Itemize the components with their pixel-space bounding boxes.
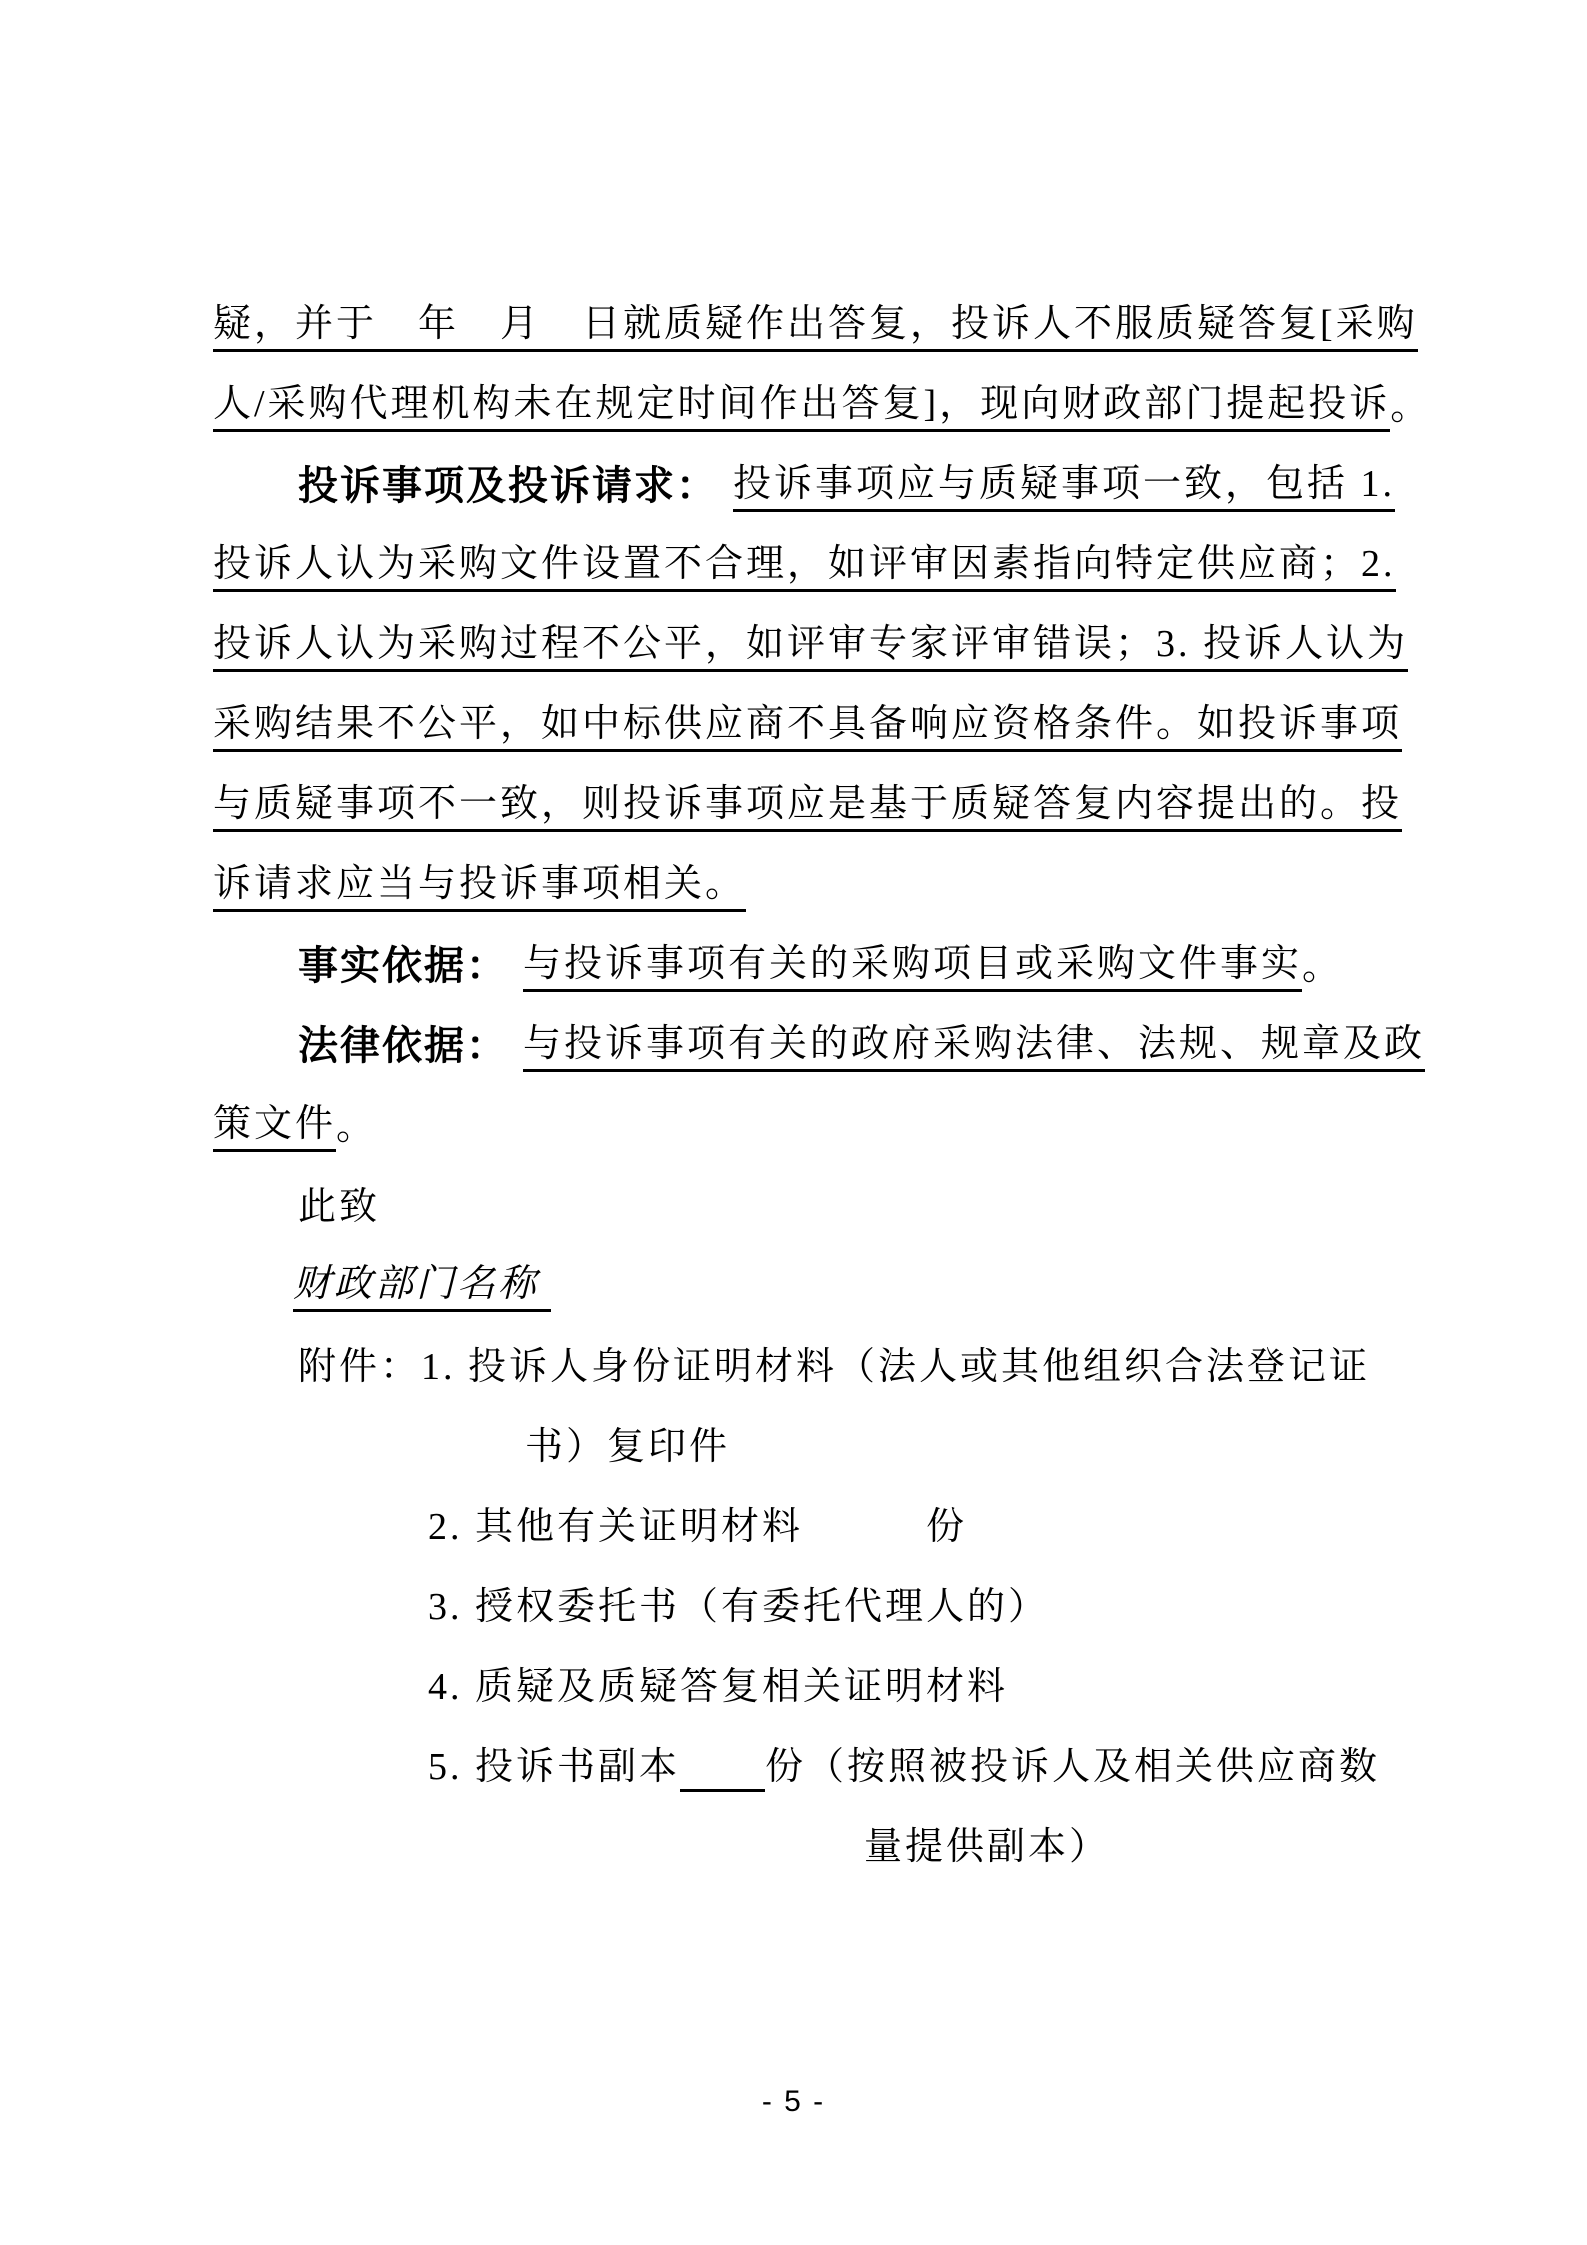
underlined-note: 采购结果不公平，如中标供应商不具备响应资格条件。如投诉事项 [213,705,1402,752]
attachments-line-1-wrap: 书）复印件 [213,1392,1453,1472]
attachment-item-2: 2. 其他有关证明材料 份 [428,1508,967,1552]
complaint-items-note-line-5: 与质疑事项不一致，则投诉事项应是基于质疑答复内容提出的。投 [213,752,1453,832]
legal-basis-line-1: 法律依据： 与投诉事项有关的政府采购法律、法规、规章及政 [213,992,1453,1072]
section-heading-legal-basis: 法律依据： [298,1026,508,1072]
attachment-item-5-prefix: 5. 投诉书副本 [428,1748,680,1792]
attachments-line-4: 4. 质疑及质疑答复相关证明材料 [213,1632,1453,1712]
complaint-items-note-line-4: 采购结果不公平，如中标供应商不具备响应资格条件。如投诉事项 [213,672,1453,752]
attachments-line-2: 2. 其他有关证明材料 份 [213,1472,1453,1552]
section-heading-complaint-items: 投诉事项及投诉请求： [298,466,718,512]
copies-count-blank [680,1783,765,1792]
closing-salutation-line: 此致 [213,1152,1453,1232]
underlined-note: 与投诉事项有关的采购项目或采购文件事实 [523,945,1302,992]
complaint-items-note-line-3: 投诉人认为采购过程不公平，如评审专家评审错误；3. 投诉人认为 [213,592,1453,672]
underlined-note: 与质疑事项不一致，则投诉事项应是基于质疑答复内容提出的。投 [213,785,1402,832]
attachment-item-5-suffix: 份（按照被投诉人及相关供应商数 [765,1748,1380,1792]
sentence-period: 。 [336,1108,377,1152]
legal-basis-line-2: 策文件 。 [213,1072,1453,1152]
complaint-items-note-line-2: 投诉人认为采购文件设置不合理，如评审因素指向特定供应商；2. [213,512,1453,592]
attachment-item-4: 4. 质疑及质疑答复相关证明材料 [428,1668,1008,1712]
underlined-text: 人/采购代理机构未在规定时间作出答复]，现向财政部门提起投诉 [213,385,1390,432]
underlined-note: 投诉人认为采购过程不公平，如评审专家评审错误；3. 投诉人认为 [213,625,1408,672]
authority-name-line: 财政部门名称 [213,1232,1453,1312]
sentence-period: 。 [1390,388,1431,432]
sentence-period: 。 [1302,948,1343,992]
attachment-item-3: 3. 授权委托书（有委托代理人的） [428,1588,1049,1632]
finance-authority-name: 财政部门名称 [293,1265,551,1312]
attachment-item-1: 1. 投诉人身份证明材料（法人或其他组织合法登记证 [421,1348,1370,1392]
complaint-items-note-line-6: 诉请求应当与投诉事项相关。 [213,832,1453,912]
underlined-note: 策文件 [213,1105,336,1152]
complaint-items-heading-line: 投诉事项及投诉请求： 投诉事项应与质疑事项一致，包括 1. [213,432,1453,512]
attachments-label: 附件： [298,1348,421,1392]
underlined-note: 投诉事项应与质疑事项一致，包括 1. [733,465,1395,512]
attachments-line-3: 3. 授权委托书（有委托代理人的） [213,1552,1453,1632]
attachments-line-5: 5. 投诉书副本 份（按照被投诉人及相关供应商数 [213,1712,1453,1792]
attachment-item-1-continuation: 书）复印件 [525,1428,730,1472]
intro-continuation-line-1: 疑，并于 年 月 日就质疑作出答复，投诉人不服质疑答复[采购 [213,272,1453,352]
attachments-line-1: 附件： 1. 投诉人身份证明材料（法人或其他组织合法登记证 [213,1312,1453,1392]
page-number: - 5 - [0,2085,1587,2119]
document-body: 疑，并于 年 月 日就质疑作出答复，投诉人不服质疑答复[采购 人/采购代理机构未… [213,272,1453,1872]
underlined-note: 诉请求应当与投诉事项相关。 [213,865,746,912]
underlined-note: 与投诉事项有关的政府采购法律、法规、规章及政 [523,1025,1425,1072]
section-heading-factual-basis: 事实依据： [298,946,508,992]
closing-salutation: 此致 [298,1188,380,1232]
intro-continuation-line-2: 人/采购代理机构未在规定时间作出答复]，现向财政部门提起投诉 。 [213,352,1453,432]
underlined-note: 投诉人认为采购文件设置不合理，如评审因素指向特定供应商；2. [213,545,1396,592]
attachment-item-5-continuation: 量提供副本） [864,1828,1110,1872]
underlined-text: 疑，并于 年 月 日就质疑作出答复，投诉人不服质疑答复[采购 [213,305,1418,352]
factual-basis-line: 事实依据： 与投诉事项有关的采购项目或采购文件事实 。 [213,912,1453,992]
attachments-line-5-wrap: 量提供副本） [213,1792,1453,1872]
document-page: 疑，并于 年 月 日就质疑作出答复，投诉人不服质疑答复[采购 人/采购代理机构未… [0,0,1587,2245]
